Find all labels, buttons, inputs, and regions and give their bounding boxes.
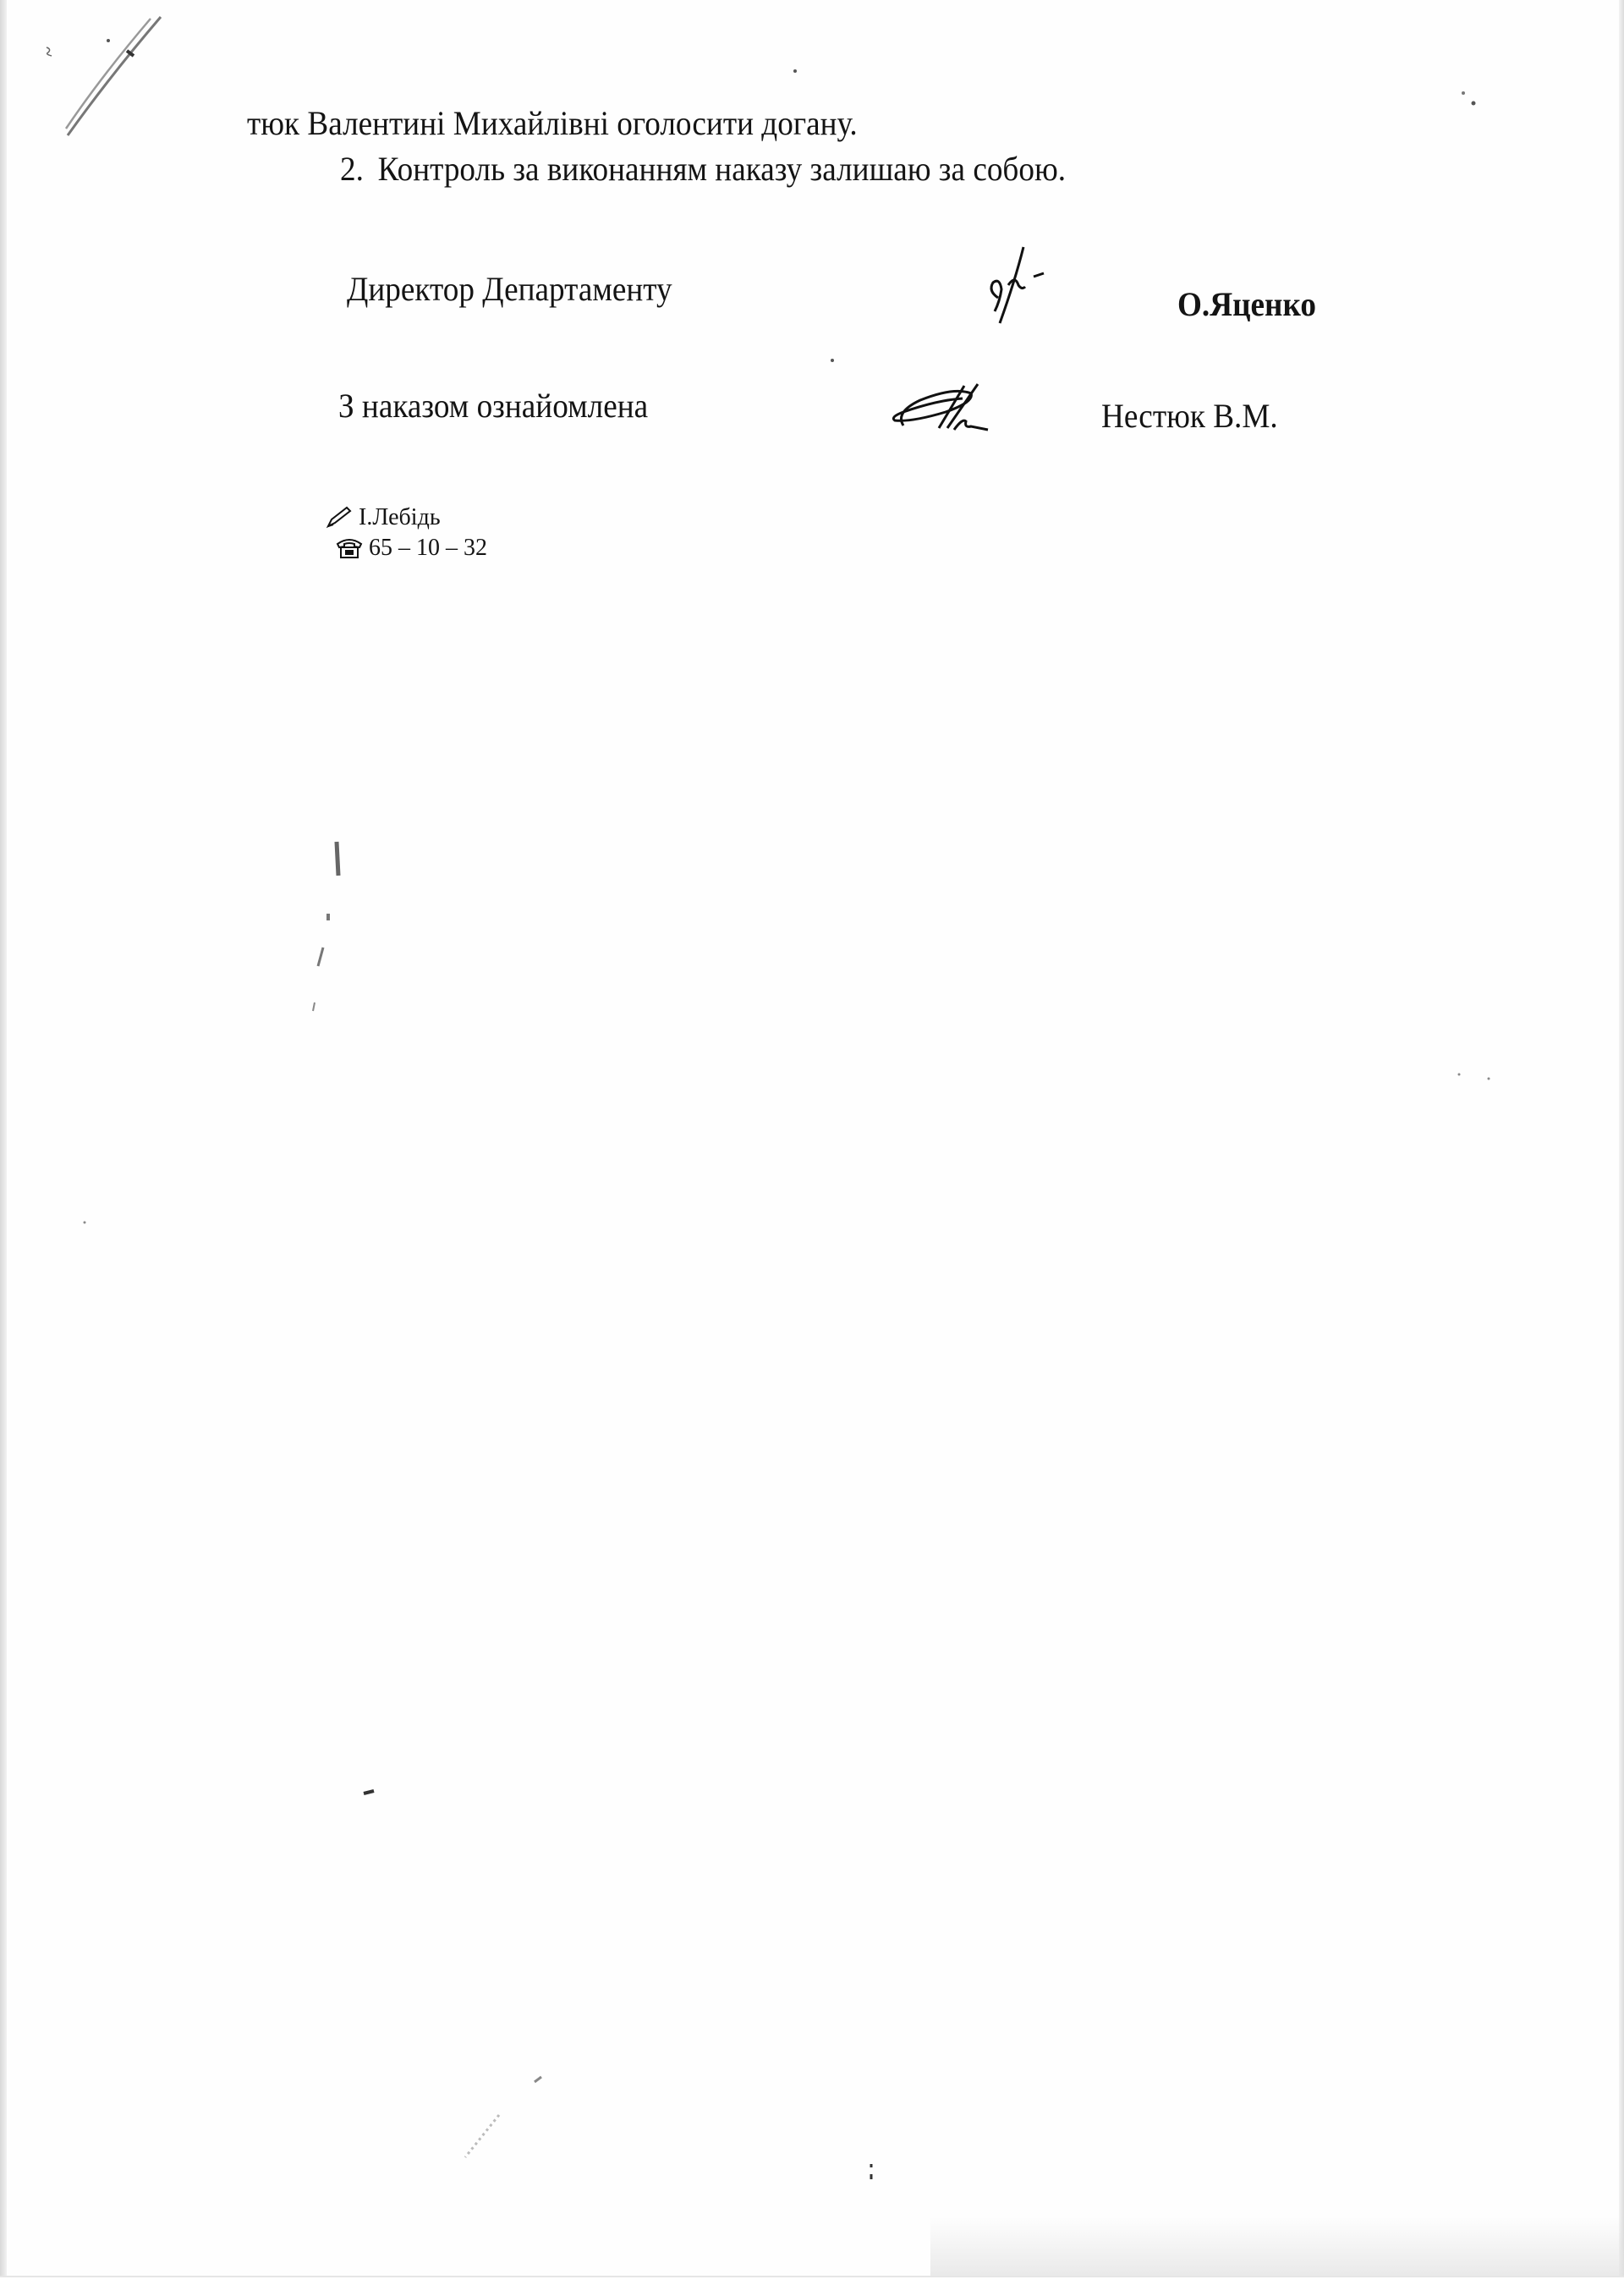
signatory-role-acknowledged: З наказом ознайомлена	[338, 386, 648, 426]
executor-phone-row: 65 – 10 – 32	[335, 533, 487, 563]
handwritten-signature-director	[964, 239, 1057, 332]
signatory-name-acknowledged: Нестюк В.М.	[1101, 396, 1278, 436]
executor-name: І.Лебідь	[359, 503, 441, 533]
list-item-text: Контроль за виконанням наказу залишаю за…	[378, 150, 1066, 188]
signatory-name-director: О.Яценко	[1177, 284, 1316, 324]
pen-icon	[325, 506, 354, 530]
scan-right-edge	[1619, 0, 1624, 2276]
executor-contact-block: І.Лебідь 65 – 10 – 32	[325, 503, 487, 563]
executor-phone: 65 – 10 – 32	[369, 533, 487, 563]
scan-bottom-edge	[0, 2276, 1624, 2277]
handwritten-signature-acknowledged	[886, 379, 996, 438]
list-item-2: 2.Контроль за виконанням наказу залишаю …	[340, 149, 1066, 189]
scan-left-edge	[0, 0, 7, 2276]
body-continuation-line: тюк Валентині Михайлівні оголосити доган…	[247, 103, 858, 143]
scanned-page: тюк Валентині Михайлівні оголосити доган…	[0, 0, 1624, 2276]
list-item-number: 2.	[340, 150, 364, 188]
scan-shadow	[930, 2216, 1624, 2276]
signatory-role-director: Директор Департаменту	[347, 269, 672, 309]
executor-name-row: І.Лебідь	[325, 503, 487, 533]
telephone-icon	[335, 536, 364, 560]
scan-artifact-marks	[0, 0, 1624, 2296]
